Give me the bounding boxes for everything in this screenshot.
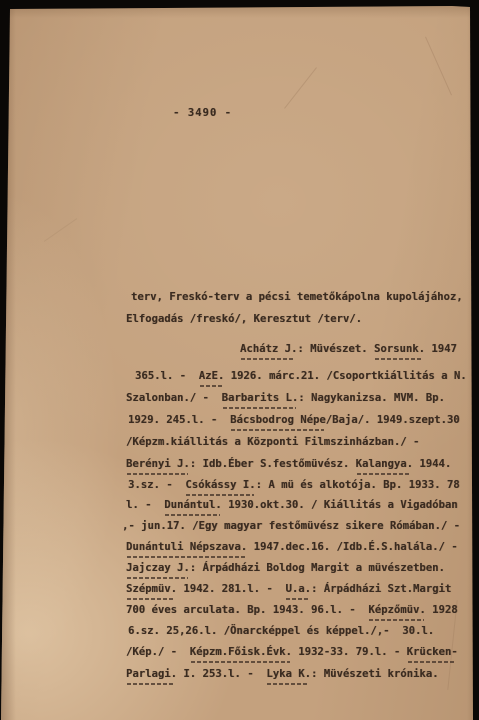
paper-crease (425, 37, 452, 96)
text-line: terv, Freskó-terv a pécsi temetőkápolna … (131, 291, 463, 304)
text-line: 700 éves arculata. Bp. 1943. 96.l. - Kép… (126, 604, 458, 617)
text-line: /Kép./ - Képzm.Főisk.Évk. 1932-33. 79.l.… (126, 646, 458, 659)
text-line: Szépmüv. 1942. 281.l. - U.a.: Árpádházi … (126, 583, 451, 596)
scanned-document-page: - 3490 - terv, Freskó-terv a pécsi temet… (0, 0, 479, 720)
text-line: 1929. 245.l. - Bácsbodrog Népe/Baja/. 19… (128, 414, 460, 427)
underlined-text: U.a. (285, 583, 311, 596)
text-line: 6.sz. 25,26.l. /Önarcképpel és képpel./,… (128, 625, 434, 638)
underlined-text: Achátz J. (240, 343, 297, 356)
text-line: l. - Dunántul. 1930.okt.30. / Kiállitás … (126, 499, 458, 512)
text-segment: 700 éves arculata. Bp. 1943. 96.l. - (126, 604, 368, 616)
underlined-text: Csókássy I. (185, 479, 255, 492)
text-line: Parlagi. I. 253.l. - Lyka K.: Müvészeti … (126, 668, 439, 681)
text-segment: ,- jun.17. /Egy magyar festőmüvész siker… (122, 520, 460, 532)
underlined-text: Sorsunk. (374, 343, 425, 356)
paper-sheet: - 3490 - terv, Freskó-terv a pécsi temet… (0, 0, 479, 720)
text-segment: Szalonban./ - (126, 392, 222, 404)
text-line: 365.l. - AzE. 1926. márc.21. /Csoportkiá… (135, 370, 467, 383)
text-segment: /Baja/. 1949.szept.30 (326, 414, 460, 426)
text-segment: 1947.dec.16. /Idb.É.S.halála./ - (247, 541, 457, 553)
text-line: ,- jun.17. /Egy magyar festőmüvész siker… (122, 520, 460, 533)
text-segment: /Képzm.kiállitás a Központi Filmszinházb… (126, 436, 419, 448)
text-segment: : Müvészeti krónika. (311, 668, 439, 680)
text-segment: I. 253.l. - (177, 668, 266, 680)
underlined-text: Krücken- (407, 646, 458, 659)
text-segment: 1929. 245.l. - (128, 414, 230, 426)
text-segment: 1928 (426, 604, 458, 616)
text-line: /Képzm.kiállitás a Központi Filmszinházb… (126, 436, 419, 449)
text-line: Dunántuli Népszava. 1947.dec.16. /Idb.É.… (126, 541, 458, 554)
text-line: Berényi J.: Idb.Éber S.festőmüvész. Kala… (126, 458, 451, 471)
text-segment: : Nagykanizsa. MVM. Bp. (298, 392, 445, 404)
text-segment: 6.sz. 25,26.l. /Önarcképpel és képpel./,… (128, 625, 434, 637)
paper-crease (44, 218, 77, 242)
underlined-text: Barbarits L. (222, 392, 299, 405)
text-segment: 365.l. - (135, 370, 199, 382)
text-line: Achátz J.: Müvészet. Sorsunk. 1947 (240, 343, 457, 356)
underlined-text: Kalangya. (356, 458, 413, 471)
text-segment: /Kép./ - (126, 646, 190, 658)
text-line: Elfogadás /freskó/, Keresztut /terv/. (126, 313, 362, 326)
underlined-text: Berényi J. (126, 458, 190, 471)
text-line: Szalonban./ - Barbarits L.: Nagykanizsa.… (126, 392, 445, 405)
text-segment: : Árpádházi Boldog Margit a müvészetben. (190, 562, 445, 574)
text-segment: 1944. (413, 458, 451, 470)
text-segment: 3.sz. - (128, 479, 185, 491)
underlined-text: AzE. (199, 370, 225, 383)
text-segment: Elfogadás /freskó/, Keresztut /terv/. (126, 313, 362, 325)
text-segment: 1932-33. 79.l. - (292, 646, 407, 658)
text-line: Jajczay J.: Árpádházi Boldog Margit a mü… (126, 562, 445, 575)
underlined-text: Szépmüv. (126, 583, 177, 596)
text-segment: 1926. márc.21. /Csoportkiállitás a N. (224, 370, 466, 382)
text-segment: terv, Freskó-terv a pécsi temetőkápolna … (131, 291, 463, 303)
text-segment: l. - (126, 499, 164, 511)
underlined-text: Dunántul. (164, 499, 221, 512)
text-segment: 1947 (425, 343, 457, 355)
page-number: - 3490 - (173, 107, 232, 120)
underlined-text: Képzm.Főisk.Évk. (190, 646, 292, 659)
text-segment: : A mü és alkotója. Bp. 1933. 78 (256, 479, 460, 491)
text-segment: : Árpádházi Szt.Margit (311, 583, 451, 595)
text-segment: 1942. 281.l. - (177, 583, 285, 595)
underlined-text: Képzőmüv. (368, 604, 425, 617)
underlined-text: Bácsbodrog Népe (230, 414, 326, 427)
paper-crease (284, 67, 317, 109)
underlined-text: Jajczay J. (126, 562, 190, 575)
text-segment: 1930.okt.30. / Kiállitás a Vigadóban (222, 499, 458, 511)
text-line: 3.sz. - Csókássy I.: A mü és alkotója. B… (128, 479, 460, 492)
underlined-text: Lyka K. (266, 668, 311, 681)
text-segment: : Müvészet. (297, 343, 374, 355)
underlined-text: Dunántuli Népszava. (126, 541, 247, 554)
underlined-text: Parlagi. (126, 668, 177, 681)
text-segment: : Idb.Éber S.festőmüvész. (190, 458, 356, 470)
